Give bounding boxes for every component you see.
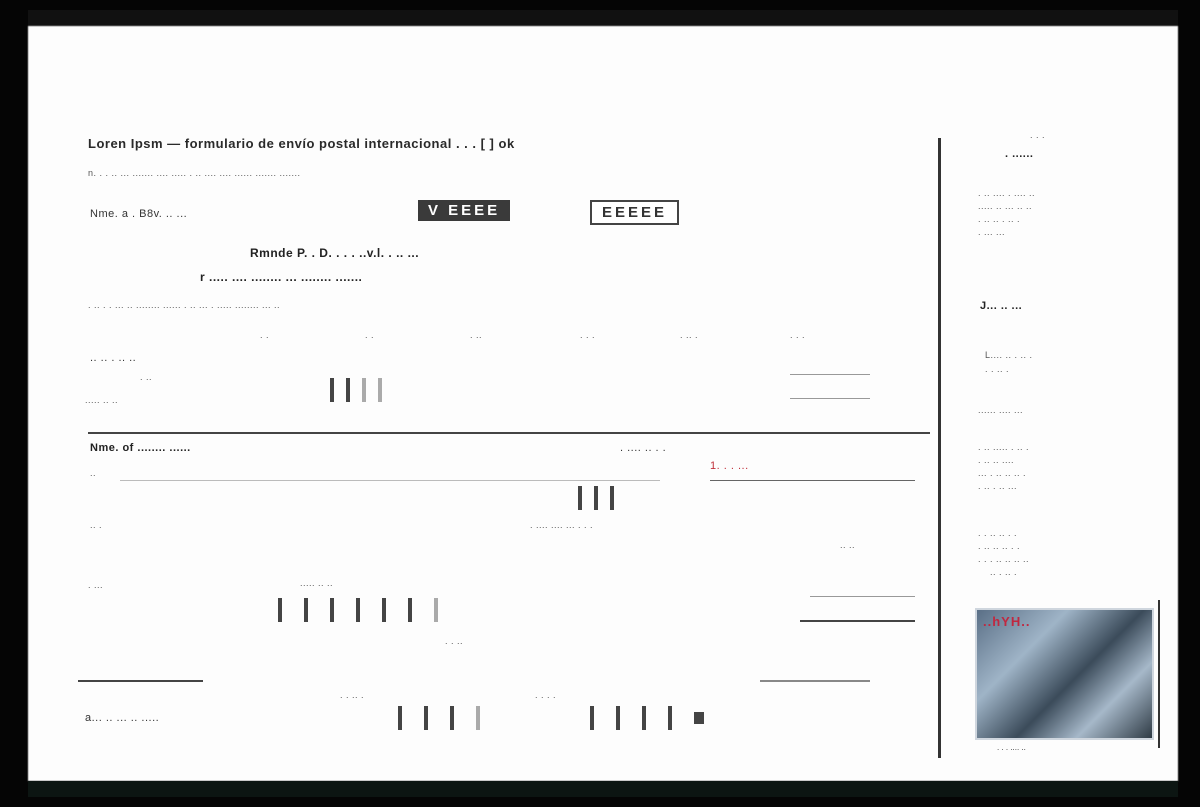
form-subtitle-2: r ..... .... ........ ... ........ .....… (200, 270, 362, 284)
form-instructions: . .. . . ... .. ........ ...... . .. ...… (88, 300, 280, 310)
sidebar-text: . .. .. .. . . (978, 541, 1020, 551)
section-divider (88, 432, 930, 434)
footer-label-2: . . . . (535, 690, 556, 700)
field-line (790, 374, 870, 375)
recipient-code-value: 1. . . ... (710, 460, 749, 472)
sidebar-heading-2: . ...... (1005, 148, 1033, 160)
sender-line-3: ..... .. .. (85, 395, 118, 405)
sidebar-text: .. . .. . (990, 567, 1017, 577)
sidebar-divider (938, 138, 941, 758)
sidebar-text: . .. ..... . .. . (978, 442, 1029, 452)
recipient-code-label: . .... .. . . (620, 442, 666, 454)
check-boxes (278, 598, 438, 622)
check-boxes (398, 706, 480, 730)
sidebar-text: ... . .. .. .. . (978, 468, 1026, 478)
form-type-badge: V EEEE (418, 200, 510, 221)
scan-top-edge (28, 10, 1178, 26)
column-header: . . . (580, 330, 595, 340)
field-row-6: ..... .. .. (300, 578, 333, 588)
sidebar-text: . . . .. .. .. .. (978, 554, 1029, 564)
stamp-border (1158, 600, 1160, 748)
sidebar-text: . .. .. .... (978, 455, 1014, 465)
postage-stamp: ..hYH.. . . . .... .. (975, 608, 1154, 740)
sidebar-text: . . .. . (985, 364, 1009, 374)
sidebar-text: ..... .. ... .. .. (978, 201, 1032, 211)
sidebar-text: . .. .... . .... .. (978, 188, 1035, 198)
column-header: . . (260, 330, 269, 340)
check-boxes (330, 378, 382, 402)
sidebar-text: . . .. .. . . (978, 528, 1017, 538)
column-header: . . (365, 330, 374, 340)
signature-line (78, 680, 203, 682)
field-line (710, 480, 915, 481)
field-row-5: . ... (88, 580, 103, 590)
field-line (760, 680, 870, 682)
field-line (800, 620, 915, 622)
sidebar-text: . .. . .. ... (978, 481, 1017, 491)
column-header: . .. . (680, 330, 698, 340)
field-line (120, 480, 660, 481)
sidebar-subheading: ...... .... ... (978, 405, 1023, 415)
check-boxes (578, 486, 614, 510)
field-line (790, 398, 870, 399)
stamp-caption: . . . .... .. (997, 743, 1026, 752)
reference-label: Nme. a . B8v. .. ... (90, 208, 187, 220)
field-row-3: . .... .... ... . . . (530, 520, 593, 530)
form-subtitle-1: Rmnde P. . D. . . . ..v.l. . .. ... (250, 246, 419, 260)
sender-label: .. .. . .. .. (90, 352, 136, 364)
recipient-label: Nme. of ........ ...... (90, 442, 191, 454)
sidebar-heading-1: . . . (1030, 130, 1045, 140)
field-row-2: .. . (90, 520, 102, 530)
sender-line-2: . .. (140, 372, 152, 382)
sidebar-text: . ... ... (978, 227, 1005, 237)
scan-bottom-edge (28, 781, 1178, 797)
sidebar-text: L.... .. . .. . (985, 350, 1033, 360)
stamp-title: ..hYH.. (983, 614, 1030, 629)
footer-label-1: . . .. . (340, 690, 364, 700)
column-header: . . . (790, 330, 805, 340)
field-row-7: . . .. (445, 636, 463, 646)
field-row-1: .. (90, 468, 96, 478)
form-type-badge-outline: EEEEE (590, 200, 679, 225)
column-header: . .. (470, 330, 482, 340)
sidebar-subheading: J... .. ... (980, 300, 1022, 312)
signature-label: a... .. ... .. ..... (85, 712, 159, 724)
sidebar-text: . .. .. . .. . (978, 214, 1020, 224)
check-boxes (590, 706, 704, 730)
form-header-subtitle: n. . . .. ... ....... .... ..... . .. ..… (88, 168, 301, 178)
form-header-title: Loren Ipsm — formulario de envío postal … (88, 136, 515, 151)
field-line (810, 596, 915, 597)
field-row-4: .. .. (840, 540, 855, 550)
